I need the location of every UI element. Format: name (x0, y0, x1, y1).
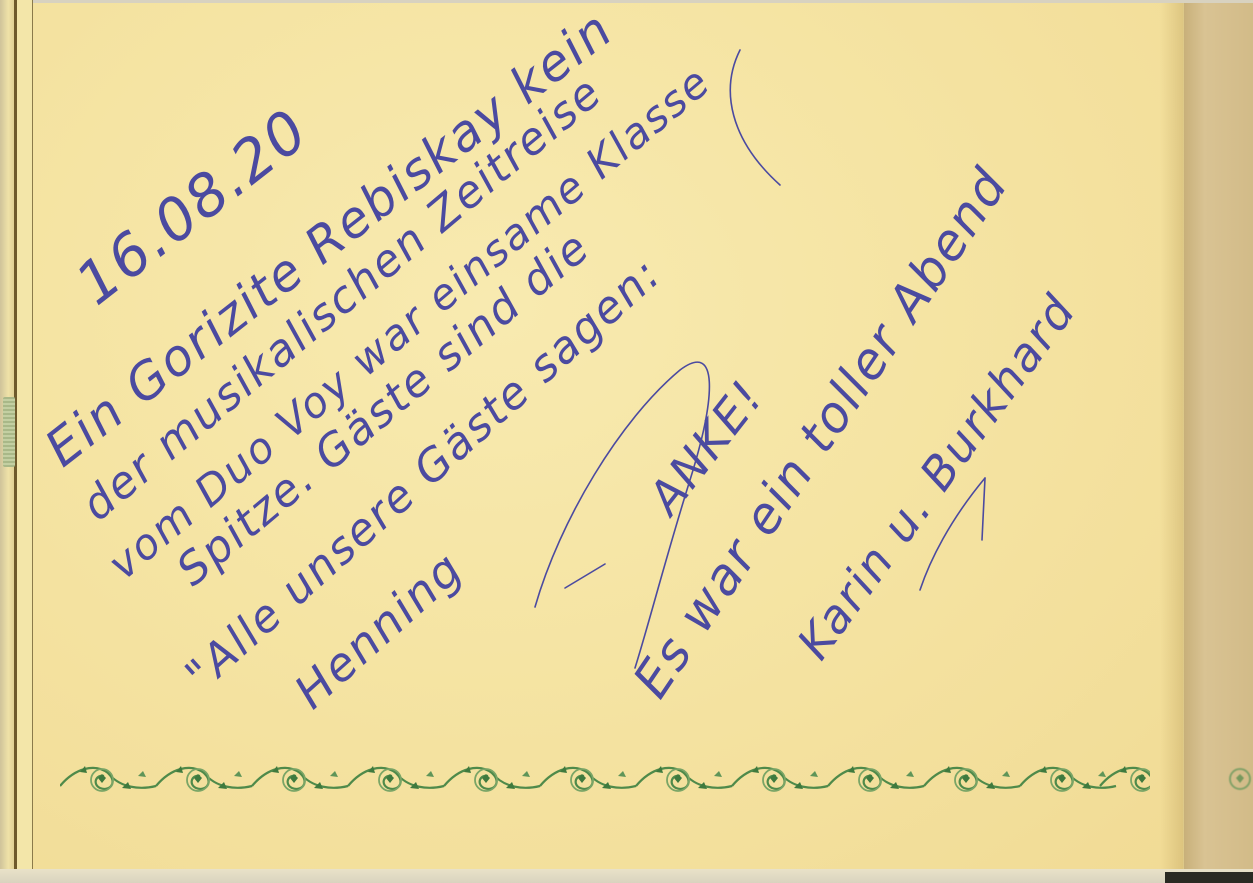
scanner-shadow (1165, 872, 1253, 883)
scan-bottom-edge (0, 869, 1253, 883)
page-margin-strip (17, 0, 32, 883)
facing-page-vine-ornament (1226, 762, 1253, 796)
page-fold-shadow (1160, 3, 1184, 869)
bookmark-ribbon (3, 397, 15, 467)
vine-border-ornament (60, 758, 1150, 798)
facing-page-edge (1184, 3, 1253, 869)
